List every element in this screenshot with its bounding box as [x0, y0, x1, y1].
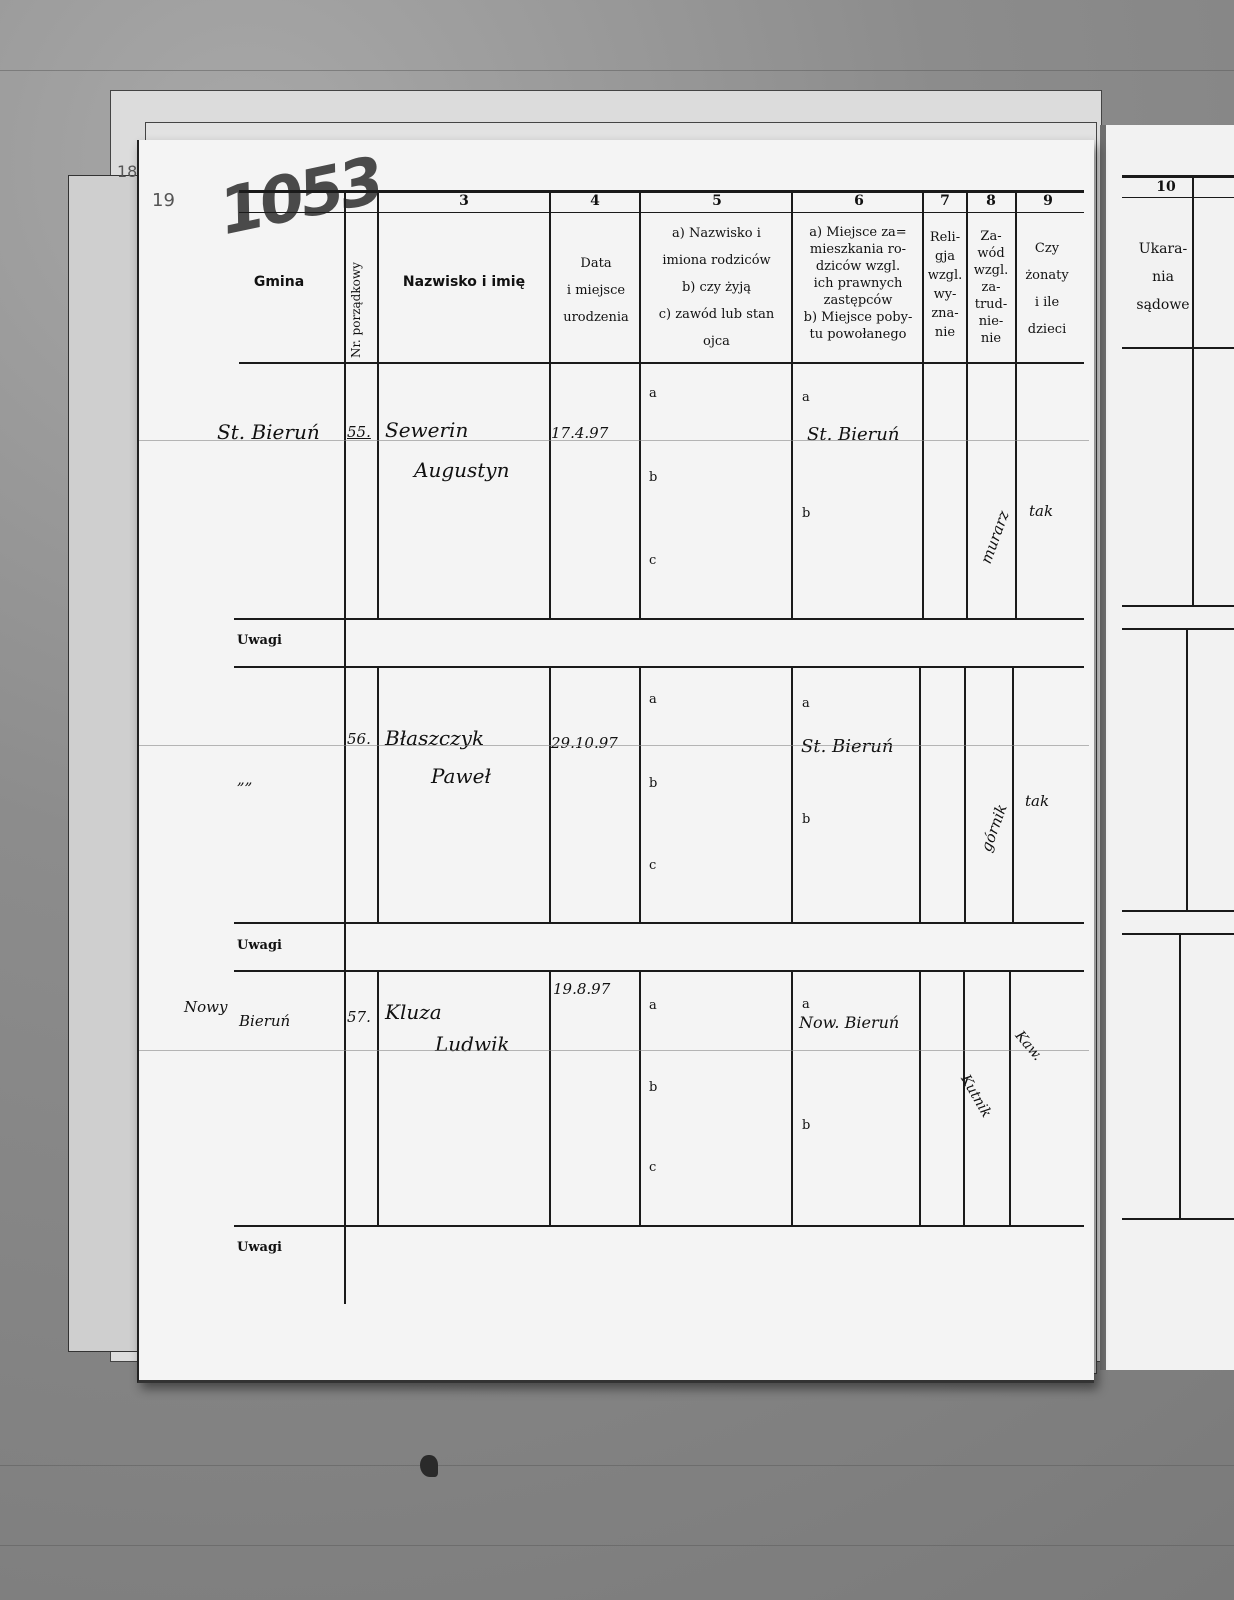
header-line: trud-	[968, 296, 1014, 313]
header-line: gja	[924, 247, 966, 266]
rule	[1122, 910, 1234, 912]
header-line: urodzenia	[551, 304, 641, 331]
column-divider	[922, 190, 924, 364]
rule	[1122, 933, 1234, 935]
sub-label-b: b	[649, 776, 657, 791]
header-line: mieszkania ro-	[791, 241, 925, 258]
nr-column-divider	[344, 364, 346, 1304]
header-line: ich prawnych	[791, 275, 925, 292]
header-line: Za-	[968, 228, 1014, 245]
guide-line	[139, 1050, 1089, 1051]
column-divider	[791, 190, 793, 364]
column-divider	[1179, 935, 1181, 1220]
column-number-4: 4	[551, 193, 639, 209]
header-line: b) Miejsce poby-	[791, 309, 925, 326]
header-line: ojca	[639, 328, 794, 355]
guide-line	[139, 745, 1089, 746]
cell-residence-a: St. Bieruń	[801, 736, 893, 757]
rule	[1122, 605, 1234, 607]
header-line: Czy	[1015, 235, 1079, 262]
header-line: i ile	[1015, 289, 1079, 316]
sub-label-b: b	[649, 1080, 657, 1095]
header-line: a) Miejsce za=	[791, 224, 925, 241]
header-line: wzgl.	[924, 266, 966, 285]
cell-married: tak	[1029, 502, 1053, 520]
rule	[1122, 628, 1234, 630]
column-number-10: 10	[1146, 179, 1186, 195]
sub-label-b: b	[802, 506, 810, 521]
guide-line	[139, 440, 1089, 441]
column-divider	[964, 668, 966, 922]
pencil-mark: 18	[117, 162, 137, 181]
header-line: Ukara-	[1118, 235, 1208, 263]
column-divider	[639, 364, 641, 618]
column-number-5: 5	[642, 193, 792, 209]
header-zawod: Za- wód wzgl. za- trud- nie- nie	[968, 228, 1014, 347]
uwagi-label: Uwagi	[237, 1240, 282, 1255]
row-bottom-rule	[234, 1225, 1084, 1227]
header-line: nie	[924, 323, 966, 342]
header-line: wzgl.	[968, 262, 1014, 279]
column-divider	[377, 364, 379, 618]
column-number-7: 7	[924, 193, 966, 209]
column-divider	[377, 668, 379, 922]
ink-blot	[420, 1455, 438, 1477]
column-divider	[1015, 190, 1017, 364]
column-divider	[549, 190, 551, 364]
cell-occupation: murarz	[977, 508, 1013, 566]
header-line: za-	[968, 279, 1014, 296]
header-line: imiona rodziców	[639, 247, 794, 274]
column-divider	[791, 668, 793, 922]
uwagi-bottom-rule	[234, 666, 1084, 668]
header-line: zastępców	[791, 292, 925, 309]
header-line: Data	[551, 250, 641, 277]
register-page: 18 19 1053 3 4 5 6 7 8 9 Gmina Nr. porzą…	[137, 140, 1094, 1383]
cell-given-name: Paweł	[431, 764, 491, 788]
column-divider	[791, 972, 793, 1225]
column-divider	[639, 190, 641, 364]
column-number-9: 9	[1017, 193, 1079, 209]
sub-label-b: b	[649, 470, 657, 485]
header-line: dzieci	[1015, 316, 1079, 343]
column-divider	[966, 364, 968, 618]
header-bottom-rule	[239, 362, 1084, 364]
header-line: nia	[1118, 263, 1208, 291]
header-line: Reli-	[924, 228, 966, 247]
column-divider	[791, 364, 793, 618]
header-line: i miejsce	[551, 277, 641, 304]
cell-given-name: Augustyn	[414, 458, 510, 482]
header-line: zna-	[924, 304, 966, 323]
header-nazwisko-imie: Nazwisko i imię	[379, 275, 549, 290]
rule	[1122, 175, 1234, 178]
column-divider	[344, 190, 346, 364]
header-number-rule	[239, 212, 1084, 213]
column-divider	[919, 668, 921, 922]
column-divider	[1009, 972, 1011, 1225]
column-divider	[549, 668, 551, 922]
cell-surname: Sewerin	[385, 418, 468, 442]
sub-label-c: c	[649, 858, 656, 873]
column-divider	[1192, 177, 1194, 607]
sub-label-c: c	[649, 1160, 656, 1175]
header-data-urodzenia: Data i miejsce urodzenia	[551, 250, 641, 331]
header-line: wy-	[924, 285, 966, 304]
cell-gmina-ditto: „„	[237, 770, 253, 788]
column-divider	[549, 972, 551, 1225]
sub-label-a: a	[649, 692, 657, 707]
sub-label-a: a	[649, 386, 657, 401]
sub-label-b: b	[802, 1118, 810, 1133]
cell-gmina-line1: Nowy	[184, 998, 227, 1016]
cell-surname: Kluza	[385, 1000, 442, 1024]
header-line: tu powołanego	[791, 326, 925, 343]
column-number-6: 6	[794, 193, 924, 209]
header-line: a) Nazwisko i	[639, 220, 794, 247]
column-number-3: 3	[379, 193, 549, 209]
column-divider	[377, 190, 379, 364]
header-line: nie-	[968, 313, 1014, 330]
column-divider	[1186, 630, 1188, 912]
cell-surname: Błaszczyk	[385, 726, 484, 750]
column-divider	[963, 972, 965, 1225]
header-line: c) zawód lub stan	[639, 301, 794, 328]
column-number-8: 8	[968, 193, 1014, 209]
cell-nr: 55.	[347, 423, 371, 441]
cell-birth-date: 19.8.97	[553, 980, 610, 998]
column-divider	[966, 190, 968, 364]
column-divider	[1012, 668, 1014, 922]
header-religia: Reli- gja wzgl. wy- zna- nie	[924, 228, 966, 342]
cell-married: tak	[1025, 792, 1049, 810]
row-bottom-rule	[234, 922, 1084, 924]
column-divider	[1015, 364, 1017, 618]
uwagi-label: Uwagi	[237, 633, 282, 648]
column-divider	[377, 972, 379, 1225]
column-divider	[919, 972, 921, 1225]
uwagi-bottom-rule	[234, 970, 1084, 972]
sub-label-a: a	[802, 997, 810, 1012]
rule	[1122, 197, 1234, 198]
background-line	[0, 1545, 1234, 1546]
cell-married: Kaw.	[1012, 1028, 1046, 1064]
column-divider	[639, 668, 641, 922]
cell-nr: 57.	[347, 1008, 371, 1026]
header-rodzice: a) Nazwisko i imiona rodziców b) czy żyj…	[639, 220, 794, 355]
sub-label-b: b	[802, 812, 810, 827]
cell-given-name: Ludwik	[435, 1032, 510, 1056]
header-zonaty: Czy żonaty i ile dzieci	[1015, 235, 1079, 343]
header-miejsce-zamieszkania: a) Miejsce za= mieszkania ro- dziców wzg…	[791, 224, 925, 343]
background-line	[0, 1465, 1234, 1466]
rule	[1122, 347, 1234, 349]
sub-label-a: a	[649, 998, 657, 1013]
facing-page: 10 Ukara- nia sądowe	[1100, 125, 1234, 1370]
cell-gmina-line2: Bieruń	[239, 1012, 290, 1030]
column-divider	[922, 364, 924, 618]
header-ukarania: Ukara- nia sądowe	[1118, 235, 1208, 319]
header-line: żonaty	[1015, 262, 1079, 289]
rule	[1122, 1218, 1234, 1220]
header-line: dziców wzgl.	[791, 258, 925, 275]
background-line	[0, 70, 1234, 71]
column-divider	[549, 364, 551, 618]
header-nr-porzadkowy: Nr. porządkowy	[349, 262, 363, 358]
sub-label-a: a	[802, 696, 810, 711]
sub-label-c: c	[649, 553, 656, 568]
sheet-edge	[68, 175, 140, 1352]
cell-birth-date: 29.10.97	[551, 734, 618, 752]
header-line: b) czy żyją	[639, 274, 794, 301]
cell-residence-a: St. Bieruń	[807, 424, 899, 445]
column-divider	[639, 972, 641, 1225]
sub-label-a: a	[802, 390, 810, 405]
header-line: sądowe	[1118, 291, 1208, 319]
cell-occupation: górnik	[977, 802, 1011, 855]
pencil-page-number: 19	[152, 190, 175, 211]
row-bottom-rule	[234, 618, 1084, 620]
header-line: wód	[968, 245, 1014, 262]
header-line: nie	[968, 330, 1014, 347]
header-gmina: Gmina	[219, 275, 339, 290]
uwagi-label: Uwagi	[237, 938, 282, 953]
cell-residence-a: Now. Bieruń	[799, 1013, 899, 1032]
crayon-number: 1053	[213, 144, 387, 250]
